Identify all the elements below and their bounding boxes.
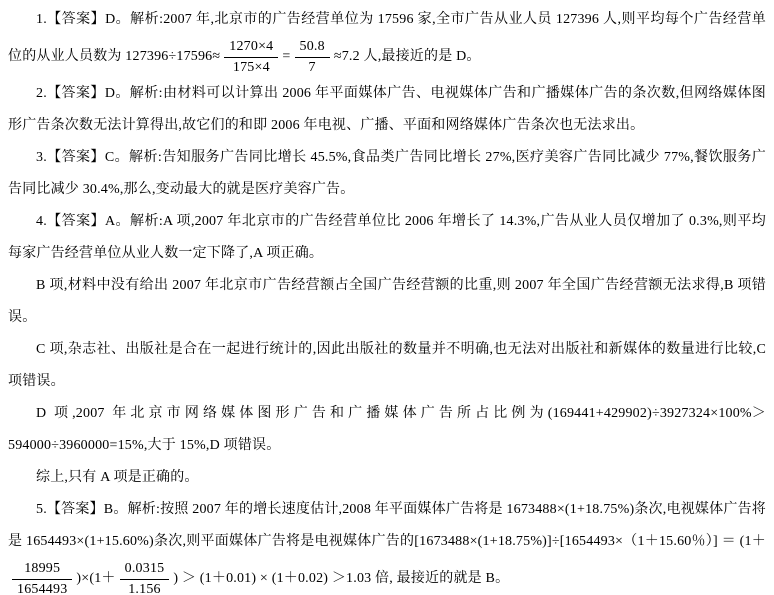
fraction-numerator: 0.0315 xyxy=(120,560,170,579)
answer-5-text-middle: )×(1＋ xyxy=(76,571,115,586)
answer-1-text-equals: = xyxy=(282,49,290,64)
answer-explanation-document: 1.【答案】D。解析:2007 年,北京市的广告经营单位为 17596 家,全市… xyxy=(0,0,774,595)
answer-4-conclusion-paragraph: 综上,只有 A 项是正确的。 xyxy=(8,462,766,494)
fraction: 1270×4175×4 xyxy=(224,38,278,76)
answer-5-text-tail: ) ＞ (1＋0.01) × (1＋0.02) ＞1.03 倍, 最接近的就是 … xyxy=(173,571,509,586)
fraction-numerator: 50.8 xyxy=(295,38,330,57)
answer-4-option-a-paragraph: 4.【答案】A。解析:A 项,2007 年北京市的广告经营单位比 2006 年增… xyxy=(8,206,766,270)
fraction-denominator: 1.156 xyxy=(120,579,170,595)
answer-5-text-lead: 5.【答案】B。解析:按照 2007 年的增长速度估计,2008 年平面媒体广告… xyxy=(8,502,766,549)
fraction-denominator: 1654493 xyxy=(12,579,72,595)
fraction-denominator: 175×4 xyxy=(224,57,278,77)
answer-4-option-b-paragraph: B 项,材料中没有给出 2007 年北京市广告经营额占全国广告经营额的比重,则 … xyxy=(8,270,766,334)
answer-4-option-c-paragraph: C 项,杂志社、出版社是合在一起进行统计的,因此出版社的数量并不明确,也无法对出… xyxy=(8,334,766,398)
fraction: 50.87 xyxy=(295,38,330,76)
answer-3-paragraph: 3.【答案】C。解析:告知服务广告同比增长 45.5%,食品类广告同比增长 27… xyxy=(8,142,766,206)
answer-4-option-d-paragraph: D 项,2007 年北京市网络媒体图形广告和广播媒体广告所占比例为(169441… xyxy=(8,398,766,462)
answer-1-text-tail: ≈7.2 人,最接近的是 D。 xyxy=(334,49,481,64)
fraction-denominator: 7 xyxy=(295,57,330,77)
answer-1-paragraph: 1.【答案】D。解析:2007 年,北京市的广告经营单位为 17596 家,全市… xyxy=(8,4,766,78)
fraction: 189951654493 xyxy=(12,560,72,595)
fraction: 0.03151.156 xyxy=(120,560,170,595)
fraction-numerator: 18995 xyxy=(12,560,72,579)
answer-5-paragraph: 5.【答案】B。解析:按照 2007 年的增长速度估计,2008 年平面媒体广告… xyxy=(8,494,766,595)
answer-2-paragraph: 2.【答案】D。解析:由材料可以计算出 2006 年平面媒体广告、电视媒体广告和… xyxy=(8,78,766,142)
fraction-numerator: 1270×4 xyxy=(224,38,278,57)
